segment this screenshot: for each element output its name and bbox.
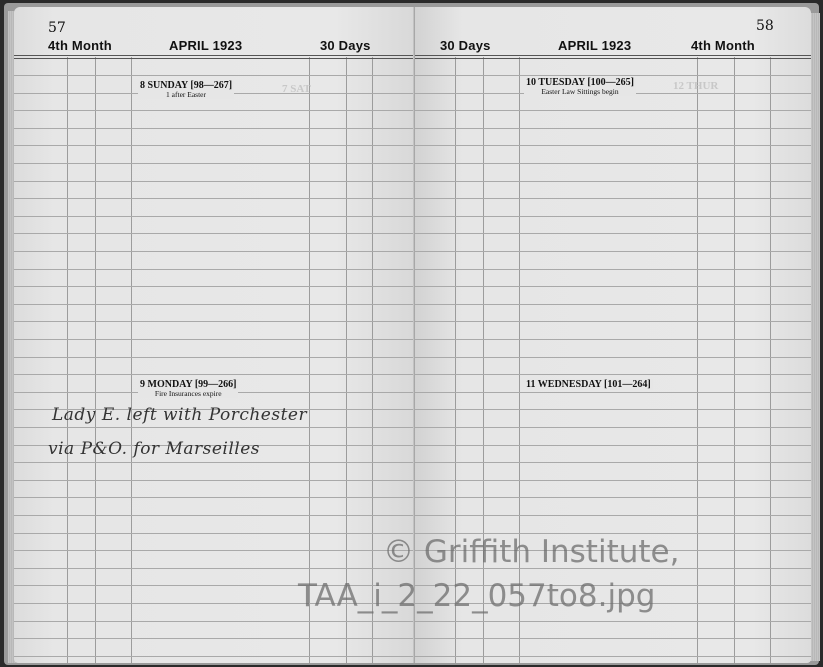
ruled-line [14, 198, 415, 199]
ruled-line [14, 357, 415, 358]
ruled-line [415, 480, 811, 481]
column-line [372, 57, 373, 663]
ruled-line [415, 110, 811, 111]
ruled-line [14, 304, 415, 305]
ruled-line [14, 181, 415, 182]
handwritten-note-line-2: via P&O. for Marseilles [48, 439, 260, 459]
ruled-line [415, 374, 811, 375]
header-rule [415, 55, 811, 56]
ruled-line [14, 656, 415, 657]
header-rule [14, 55, 415, 56]
month-label: 4th Month [48, 38, 112, 53]
ruled-line [14, 497, 415, 498]
column-line [483, 57, 484, 663]
ruled-line [415, 409, 811, 410]
column-line [519, 57, 520, 663]
ruled-line [14, 462, 415, 463]
month-year: APRIL 1923 [169, 38, 242, 53]
ruled-line [14, 251, 415, 252]
column-line [131, 57, 132, 663]
ruled-line [415, 357, 811, 358]
ruled-line [415, 145, 811, 146]
ruled-line [14, 339, 415, 340]
ruled-line [415, 198, 811, 199]
ruled-line [415, 638, 811, 639]
page-number: 58 [756, 18, 774, 34]
page-edges-right [810, 13, 820, 661]
day-heading-wednesday: 11 WEDNESDAY [101—264] [524, 379, 653, 390]
day-note: Fire Insurances expire [140, 389, 236, 398]
ruled-line [415, 163, 811, 164]
ruled-line [415, 392, 811, 393]
ruled-line [415, 445, 811, 446]
column-line [309, 57, 310, 663]
day-title: 11 WEDNESDAY [101—264] [526, 379, 651, 390]
page-number: 57 [48, 20, 66, 36]
watermark-filename: TAA_i_2_22_057to8.jpg [298, 578, 655, 614]
day-heading-sunday: 8 SUNDAY [98—267] 1 after Easter [138, 80, 234, 99]
ruled-line [415, 216, 811, 217]
ruled-line [415, 128, 811, 129]
ruled-line [14, 374, 415, 375]
day-heading-monday: 9 MONDAY [99—266] Fire Insurances expire [138, 379, 238, 398]
ruled-line [415, 251, 811, 252]
ruled-line [14, 269, 415, 270]
watermark-copyright: © Griffith Institute, [383, 534, 679, 570]
ruled-line [14, 480, 415, 481]
ruled-line [415, 286, 811, 287]
ruled-line [415, 656, 811, 657]
ruled-line [415, 497, 811, 498]
ruled-line [14, 163, 415, 164]
handwritten-note-line-1: Lady E. left with Porchester [52, 405, 307, 425]
column-line [697, 57, 698, 663]
ruled-line [415, 181, 811, 182]
ruled-line [415, 321, 811, 322]
days-label: 30 Days [320, 38, 371, 53]
ruled-line [14, 321, 415, 322]
ruled-line [14, 75, 415, 76]
day-note: 1 after Easter [140, 90, 232, 99]
ruled-line [14, 128, 415, 129]
ruled-line [14, 533, 415, 534]
day-heading-tuesday: 10 TUESDAY [100—265] Easter Law Sittings… [524, 77, 636, 96]
ruled-line [415, 462, 811, 463]
ruled-line [14, 233, 415, 234]
days-label: 30 Days [440, 38, 491, 53]
ruled-line [14, 621, 415, 622]
ruled-line [415, 621, 811, 622]
column-line [346, 57, 347, 663]
month-label: 4th Month [691, 38, 755, 53]
column-line [770, 57, 771, 663]
ruled-line [14, 286, 415, 287]
ruled-line [14, 216, 415, 217]
header-rule [415, 58, 811, 59]
column-line [734, 57, 735, 663]
left-page: 57 4th Month APRIL 1923 30 Days 7 SAT 8 … [14, 7, 415, 663]
ruled-line [415, 339, 811, 340]
ruled-line [415, 269, 811, 270]
ruled-line [14, 550, 415, 551]
ruled-line [415, 233, 811, 234]
show-through-text: 7 SAT [282, 83, 311, 95]
show-through-text: 12 THUR [673, 80, 718, 92]
open-diary: 57 4th Month APRIL 1923 30 Days 7 SAT 8 … [4, 3, 819, 665]
column-line [455, 57, 456, 663]
ruled-line [14, 145, 415, 146]
ruled-line [14, 638, 415, 639]
ruled-line [14, 427, 415, 428]
ruled-line [415, 515, 811, 516]
ruled-line [14, 110, 415, 111]
month-year: APRIL 1923 [558, 38, 631, 53]
ruled-line [415, 427, 811, 428]
day-note: Easter Law Sittings begin [526, 87, 634, 96]
ruled-line [14, 568, 415, 569]
column-line [95, 57, 96, 663]
column-line [67, 57, 68, 663]
ruled-line [415, 304, 811, 305]
header-rule [14, 58, 415, 59]
ruled-line [14, 515, 415, 516]
ruled-line [415, 75, 811, 76]
